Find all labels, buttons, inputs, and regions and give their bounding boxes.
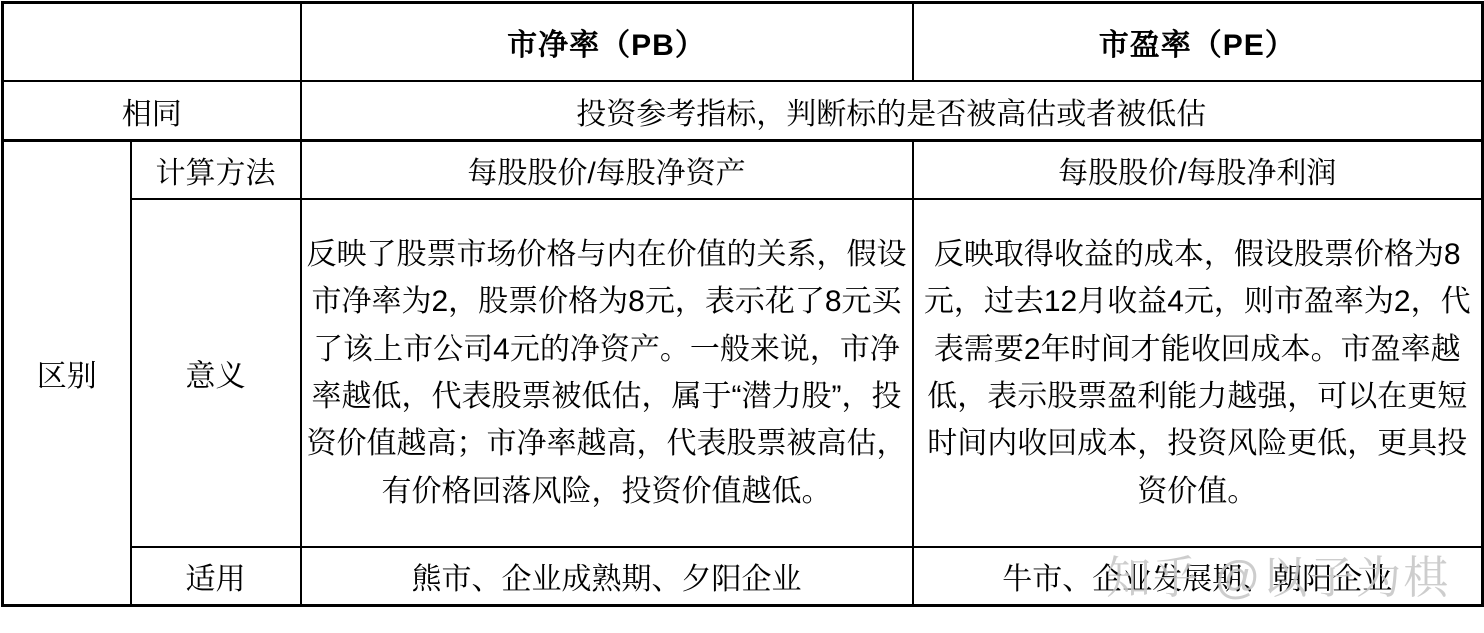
header-row: 市净率（PB） 市盈率（PE） <box>3 3 1483 82</box>
meaning-label-cell: 意义 <box>131 199 301 547</box>
same-value-cell: 投资参考指标，判断标的是否被高估或者被低估 <box>301 81 1483 141</box>
apply-pb-cell: 熊市、企业成熟期、夕阳企业 <box>301 547 913 606</box>
pb-pe-comparison-table: 市净率（PB） 市盈率（PE） 相同 投资参考指标，判断标的是否被高估或者被低估… <box>1 1 1484 607</box>
apply-label-cell: 适用 <box>131 547 301 606</box>
meaning-pe-cell: 反映取得收益的成本，假设股票价格为8元，过去12月收益4元，则市盈率为2，代表需… <box>913 199 1483 547</box>
header-pb-cell: 市净率（PB） <box>301 3 913 82</box>
diff-label-cell: 区别 <box>3 141 131 606</box>
calc-method-pe-cell: 每股股价/每股净利润 <box>913 141 1483 200</box>
meaning-pb-cell: 反映了股票市场价格与内在价值的关系，假设市净率为2，股票价格为8元，表示花了8元… <box>301 199 913 547</box>
apply-row: 适用 熊市、企业成熟期、夕阳企业 牛市、企业发展期、朝阳企业 <box>3 547 1483 606</box>
header-blank-cell <box>3 3 301 82</box>
calc-method-label-cell: 计算方法 <box>131 141 301 200</box>
same-row: 相同 投资参考指标，判断标的是否被高估或者被低估 <box>3 81 1483 141</box>
comparison-table-page: 市净率（PB） 市盈率（PE） 相同 投资参考指标，判断标的是否被高估或者被低估… <box>0 0 1484 633</box>
same-label-cell: 相同 <box>3 81 301 141</box>
calc-method-pb-cell: 每股股价/每股净资产 <box>301 141 913 200</box>
apply-pe-cell: 牛市、企业发展期、朝阳企业 <box>913 547 1483 606</box>
calc-method-row: 区别 计算方法 每股股价/每股净资产 每股股价/每股净利润 <box>3 141 1483 200</box>
meaning-row: 意义 反映了股票市场价格与内在价值的关系，假设市净率为2，股票价格为8元，表示花… <box>3 199 1483 547</box>
header-pe-cell: 市盈率（PE） <box>913 3 1483 82</box>
